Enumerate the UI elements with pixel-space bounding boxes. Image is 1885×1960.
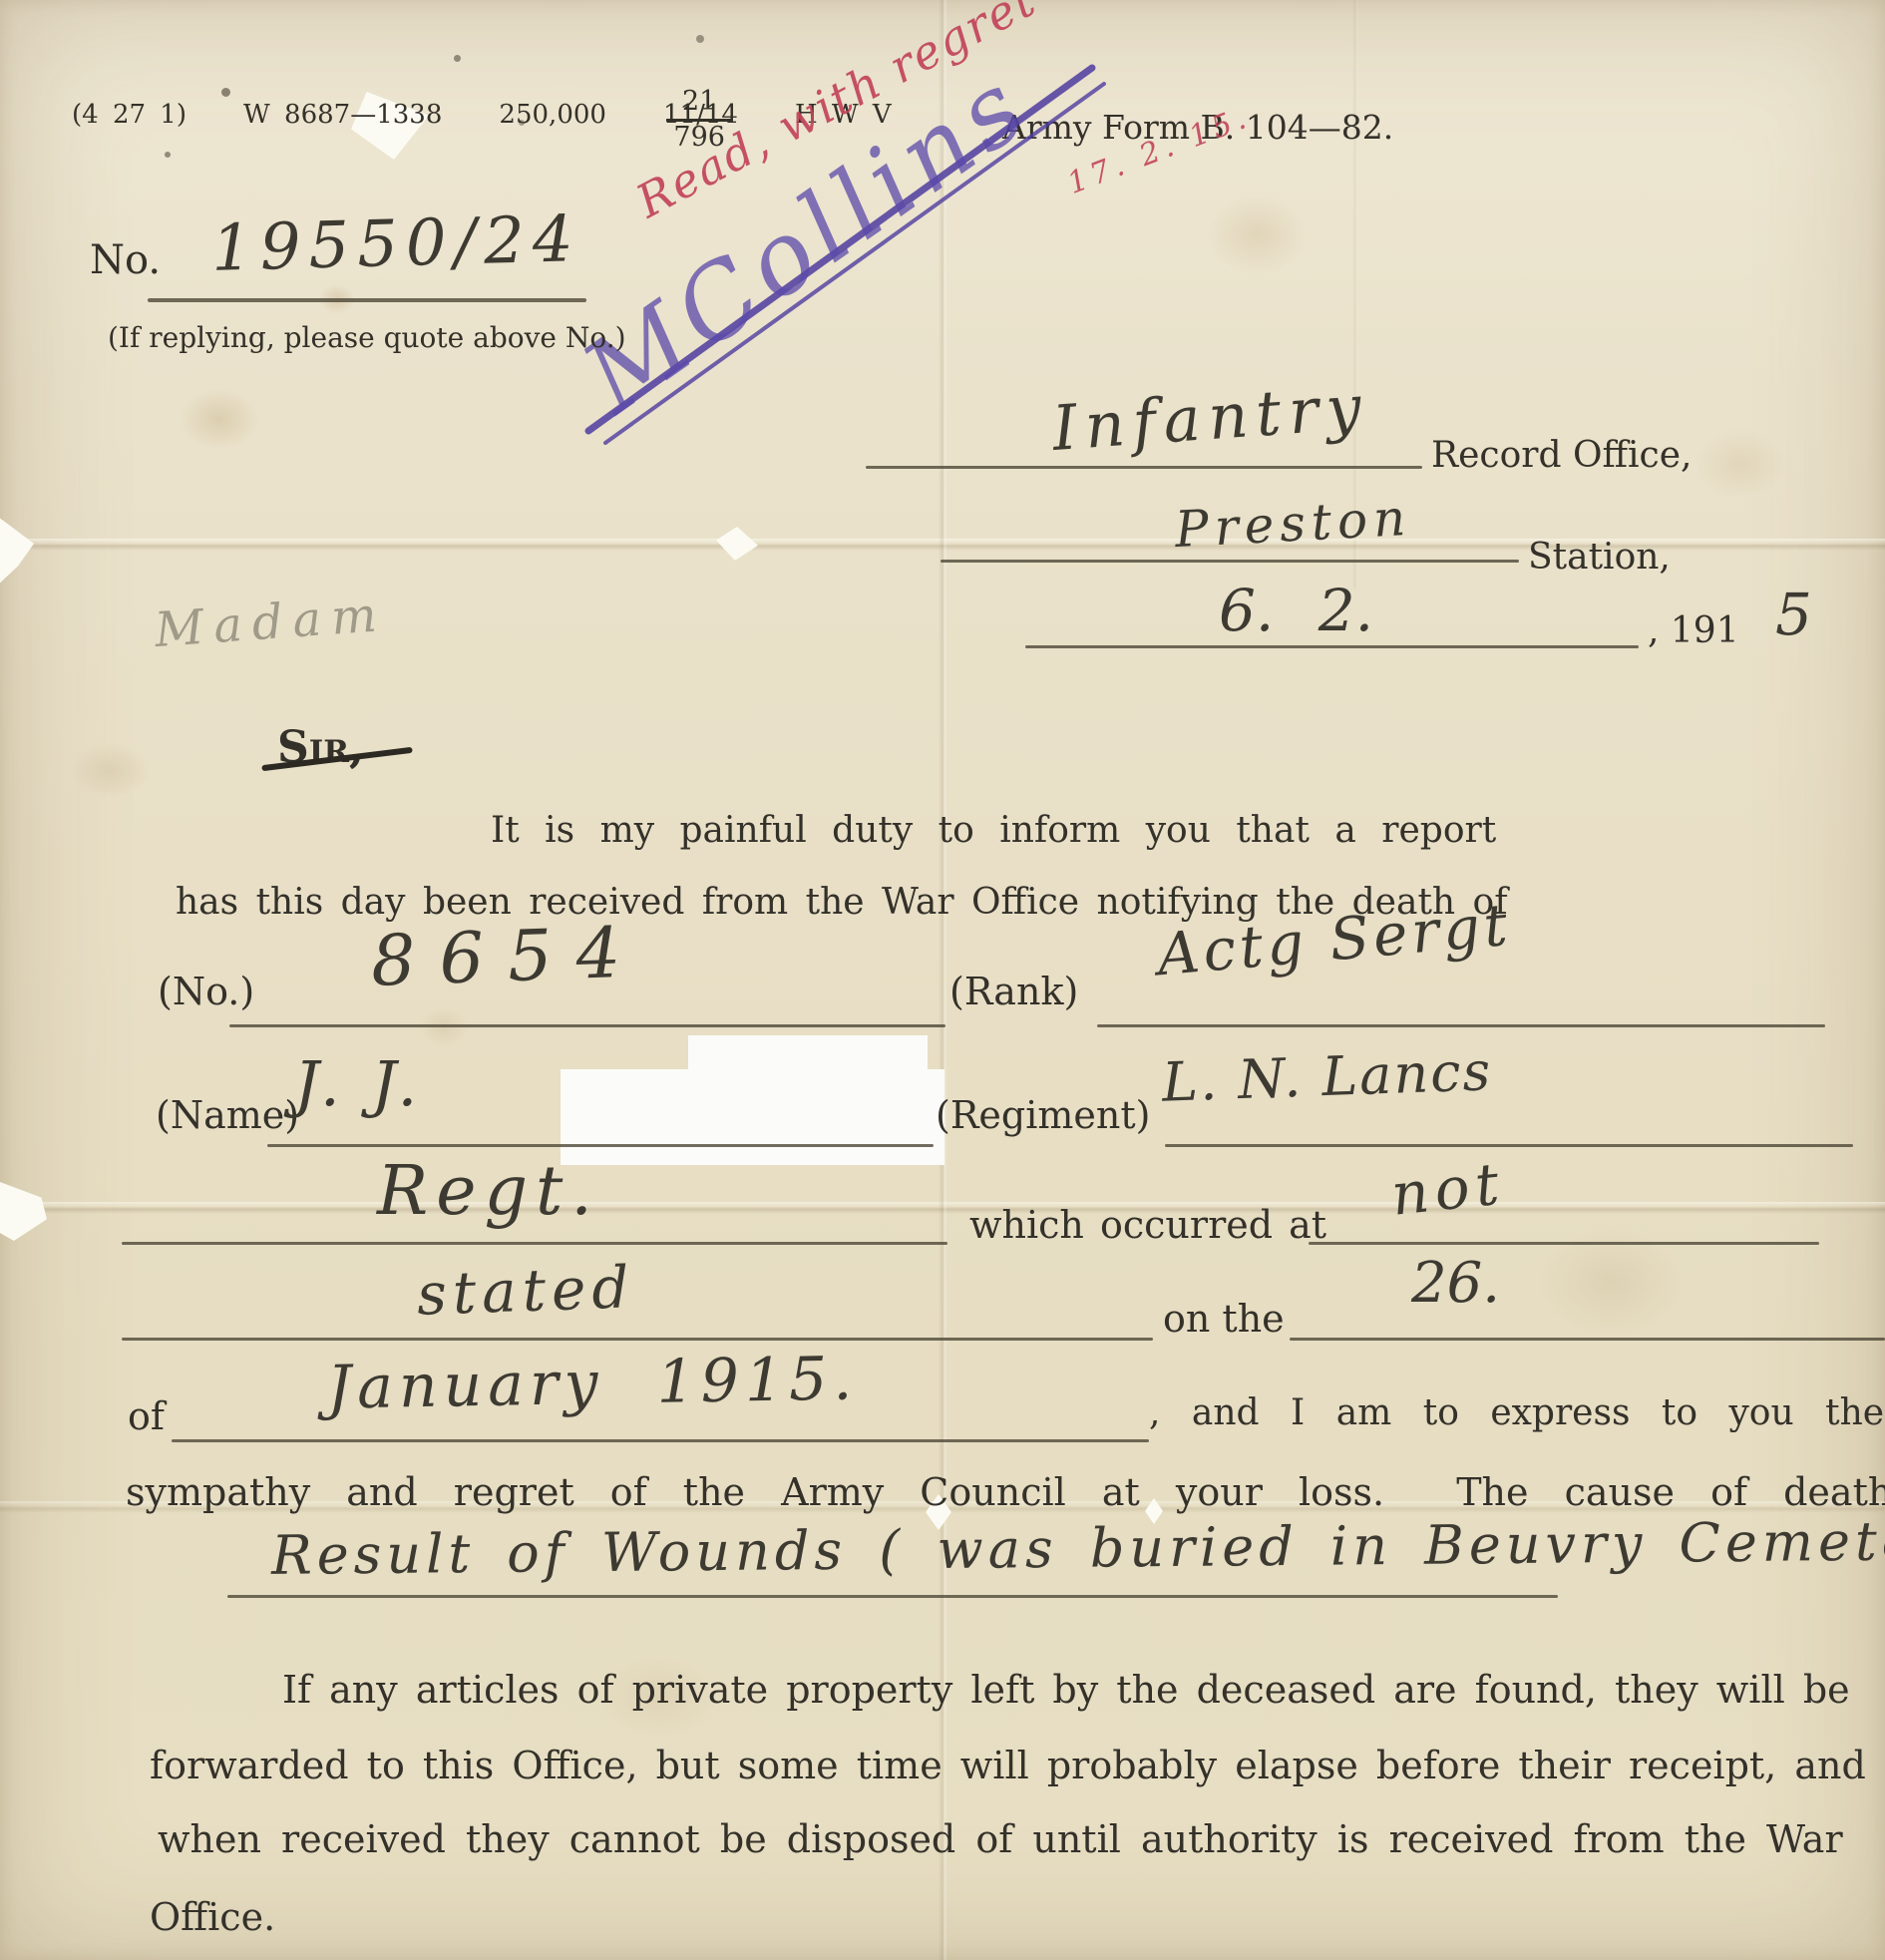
- day-value: 26.: [1411, 1251, 1500, 1316]
- field-no-underline: [229, 1024, 945, 1027]
- cause-underline: [227, 1595, 1558, 1598]
- month-year-value: January 1915.: [326, 1344, 858, 1422]
- ink-speck: [221, 88, 230, 97]
- field-regiment-label: (Regiment): [936, 1093, 1151, 1137]
- paper-stain: [1207, 195, 1307, 274]
- scanned-letter-page: (4 27 1) W 8687—1338 250,000 11/14 H W V…: [0, 0, 1885, 1960]
- paper-tear: [0, 1179, 47, 1241]
- date-value: 6. 2.: [1219, 577, 1373, 644]
- day-underline: [1290, 1338, 1885, 1341]
- record-office-underline: [866, 466, 1422, 469]
- field-name-label: (Name): [156, 1093, 299, 1137]
- station-underline: [941, 560, 1519, 563]
- paper-tear: [716, 527, 758, 561]
- paper-tear: [0, 514, 34, 588]
- station-value: Preston: [1174, 489, 1413, 559]
- record-office-label: Record Office,: [1431, 435, 1692, 476]
- ink-speck: [454, 55, 461, 62]
- date-printed-year: , 191: [1648, 610, 1739, 651]
- vertical-fold: [939, 0, 947, 1960]
- ref-hint: (If replying, please quote above No.): [108, 321, 626, 354]
- ink-speck: [165, 152, 171, 158]
- paper-stain: [180, 389, 259, 449]
- paper-stain: [419, 1007, 469, 1047]
- field-name-value: J. J.: [294, 1047, 423, 1120]
- express-text: , and I am to express to you the: [1149, 1392, 1884, 1433]
- horizontal-crease: [0, 1202, 1885, 1214]
- record-office-value: Infantry: [1050, 370, 1371, 465]
- month-underline: [172, 1439, 1149, 1442]
- paper-stain: [70, 743, 150, 798]
- stated-underline: [122, 1338, 1153, 1341]
- field-regiment-value2: Regt.: [377, 1152, 600, 1231]
- para2-line3: when received they cannot be disposed of…: [158, 1817, 1843, 1861]
- date-underline: [1025, 645, 1639, 648]
- date-year-digit: 5: [1775, 581, 1812, 648]
- name-redaction-box: [688, 1035, 928, 1079]
- field-name-underline: [267, 1144, 934, 1147]
- on-the-label: on the: [1163, 1297, 1285, 1341]
- ref-no-value: 19550/24: [210, 202, 581, 286]
- sympathy-text: sympathy and regret of the Army Council …: [126, 1470, 1885, 1514]
- occurred-label: which occurred at: [969, 1203, 1326, 1247]
- name-redaction-box: [561, 1069, 944, 1165]
- paper-stain: [1696, 429, 1785, 499]
- ink-speck: [696, 35, 704, 43]
- ref-no-label: No.: [90, 237, 161, 283]
- station-label: Station,: [1528, 537, 1671, 578]
- of-label: of: [128, 1394, 165, 1438]
- regiment2-underline: [122, 1242, 947, 1245]
- occurred-value-1: not: [1388, 1149, 1508, 1229]
- occurred-underline: [1309, 1242, 1819, 1245]
- field-regiment-value: L. N. Lancs: [1161, 1039, 1493, 1114]
- ref-no-underline: [148, 298, 586, 302]
- field-no-label: (No.): [158, 970, 254, 1013]
- para1-line1: It is my painful duty to inform you that…: [491, 810, 1496, 851]
- occurred-value-2: stated: [416, 1253, 636, 1329]
- field-rank-label: (Rank): [949, 970, 1078, 1013]
- print-fraction-top: 21: [666, 88, 732, 122]
- field-regiment-underline: [1165, 1144, 1853, 1147]
- para2-line1: If any articles of private property left…: [282, 1668, 1850, 1712]
- field-rank-underline: [1097, 1024, 1825, 1027]
- field-no-value: 8654: [370, 911, 646, 1002]
- faint-salutation-note: Madam: [153, 587, 388, 658]
- cause-value: Result of Wounds ( was buried in Beuvry …: [271, 1508, 1885, 1587]
- para2-line4: Office.: [150, 1895, 275, 1939]
- para2-line2: forwarded to this Office, but some time …: [150, 1744, 1866, 1787]
